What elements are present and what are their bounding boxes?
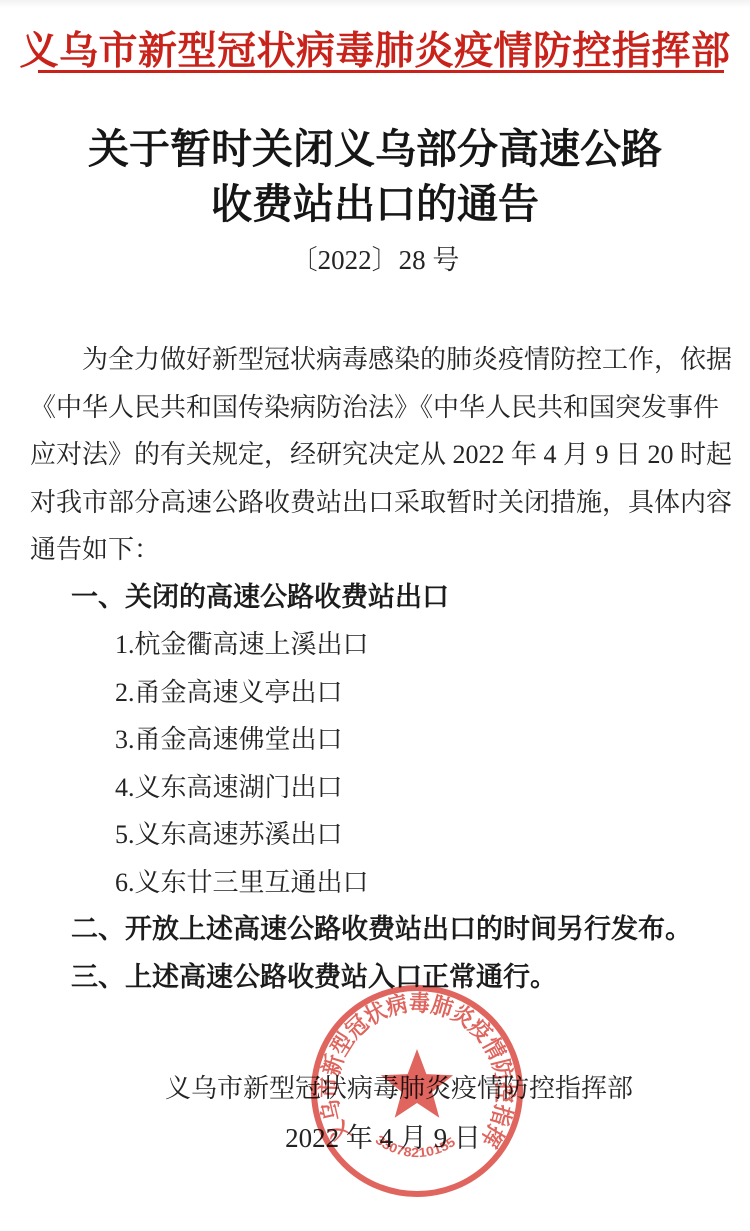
seal-ring-text: 义乌市新型冠状病毒肺炎疫情防控指挥部 bbox=[297, 971, 517, 1152]
official-seal-stamp: 义乌市新型冠状病毒肺炎疫情防控指挥部 33078210155679 bbox=[297, 971, 537, 1211]
letterhead-divider bbox=[38, 70, 724, 73]
notice-body: 为全力做好新型冠状病毒感染的肺炎疫情防控工作，依据 《中华人民共和国传染病防治法… bbox=[30, 336, 730, 1001]
closed-exit-item: 6.义东廿三里互通出口 bbox=[30, 859, 730, 907]
notice-title-line1: 关于暂时关闭义乌部分高速公路 bbox=[0, 122, 750, 177]
closed-exit-item: 4.义东高速湖门出口 bbox=[30, 764, 730, 812]
paragraph-line: 《中华人民共和国传染病防治法》《中华人民共和国突发事件 bbox=[30, 384, 730, 432]
seal-star-icon bbox=[381, 1049, 453, 1118]
letterhead-org-name: 义乌市新型冠状病毒肺炎疫情防控指挥部 bbox=[0, 20, 750, 76]
section-two-heading: 二、开放上述高速公路收费站出口的时间另行发布。 bbox=[30, 906, 730, 954]
section-one-heading: 一、关闭的高速公路收费站出口 bbox=[30, 574, 730, 622]
closed-exit-item: 1.杭金衢高速上溪出口 bbox=[30, 621, 730, 669]
document-number: 〔2022〕28 号 bbox=[0, 238, 750, 277]
closed-exit-item: 2.甬金高速义亭出口 bbox=[30, 669, 730, 717]
notice-title: 关于暂时关闭义乌部分高速公路 收费站出口的通告 bbox=[0, 122, 750, 232]
paragraph-line: 应对法》的有关规定，经研究决定从 2022 年 4 月 9 日 20 时起 bbox=[30, 431, 730, 479]
paragraph-line: 对我市部分高速公路收费站出口采取暂时关闭措施，具体内容 bbox=[30, 479, 730, 527]
paragraph-line: 为全力做好新型冠状病毒感染的肺炎疫情防控工作，依据 bbox=[30, 336, 730, 384]
notice-document: 义乌市新型冠状病毒肺炎疫情防控指挥部 关于暂时关闭义乌部分高速公路 收费站出口的… bbox=[0, 0, 750, 1231]
notice-title-line2: 收费站出口的通告 bbox=[0, 177, 750, 232]
paragraph-line: 通告如下： bbox=[30, 526, 730, 574]
svg-text:义乌市新型冠状病毒肺炎疫情防控指挥部: 义乌市新型冠状病毒肺炎疫情防控指挥部 bbox=[297, 971, 517, 1152]
closed-exit-item: 3.甬金高速佛堂出口 bbox=[30, 716, 730, 764]
closed-exit-item: 5.义东高速苏溪出口 bbox=[30, 811, 730, 859]
